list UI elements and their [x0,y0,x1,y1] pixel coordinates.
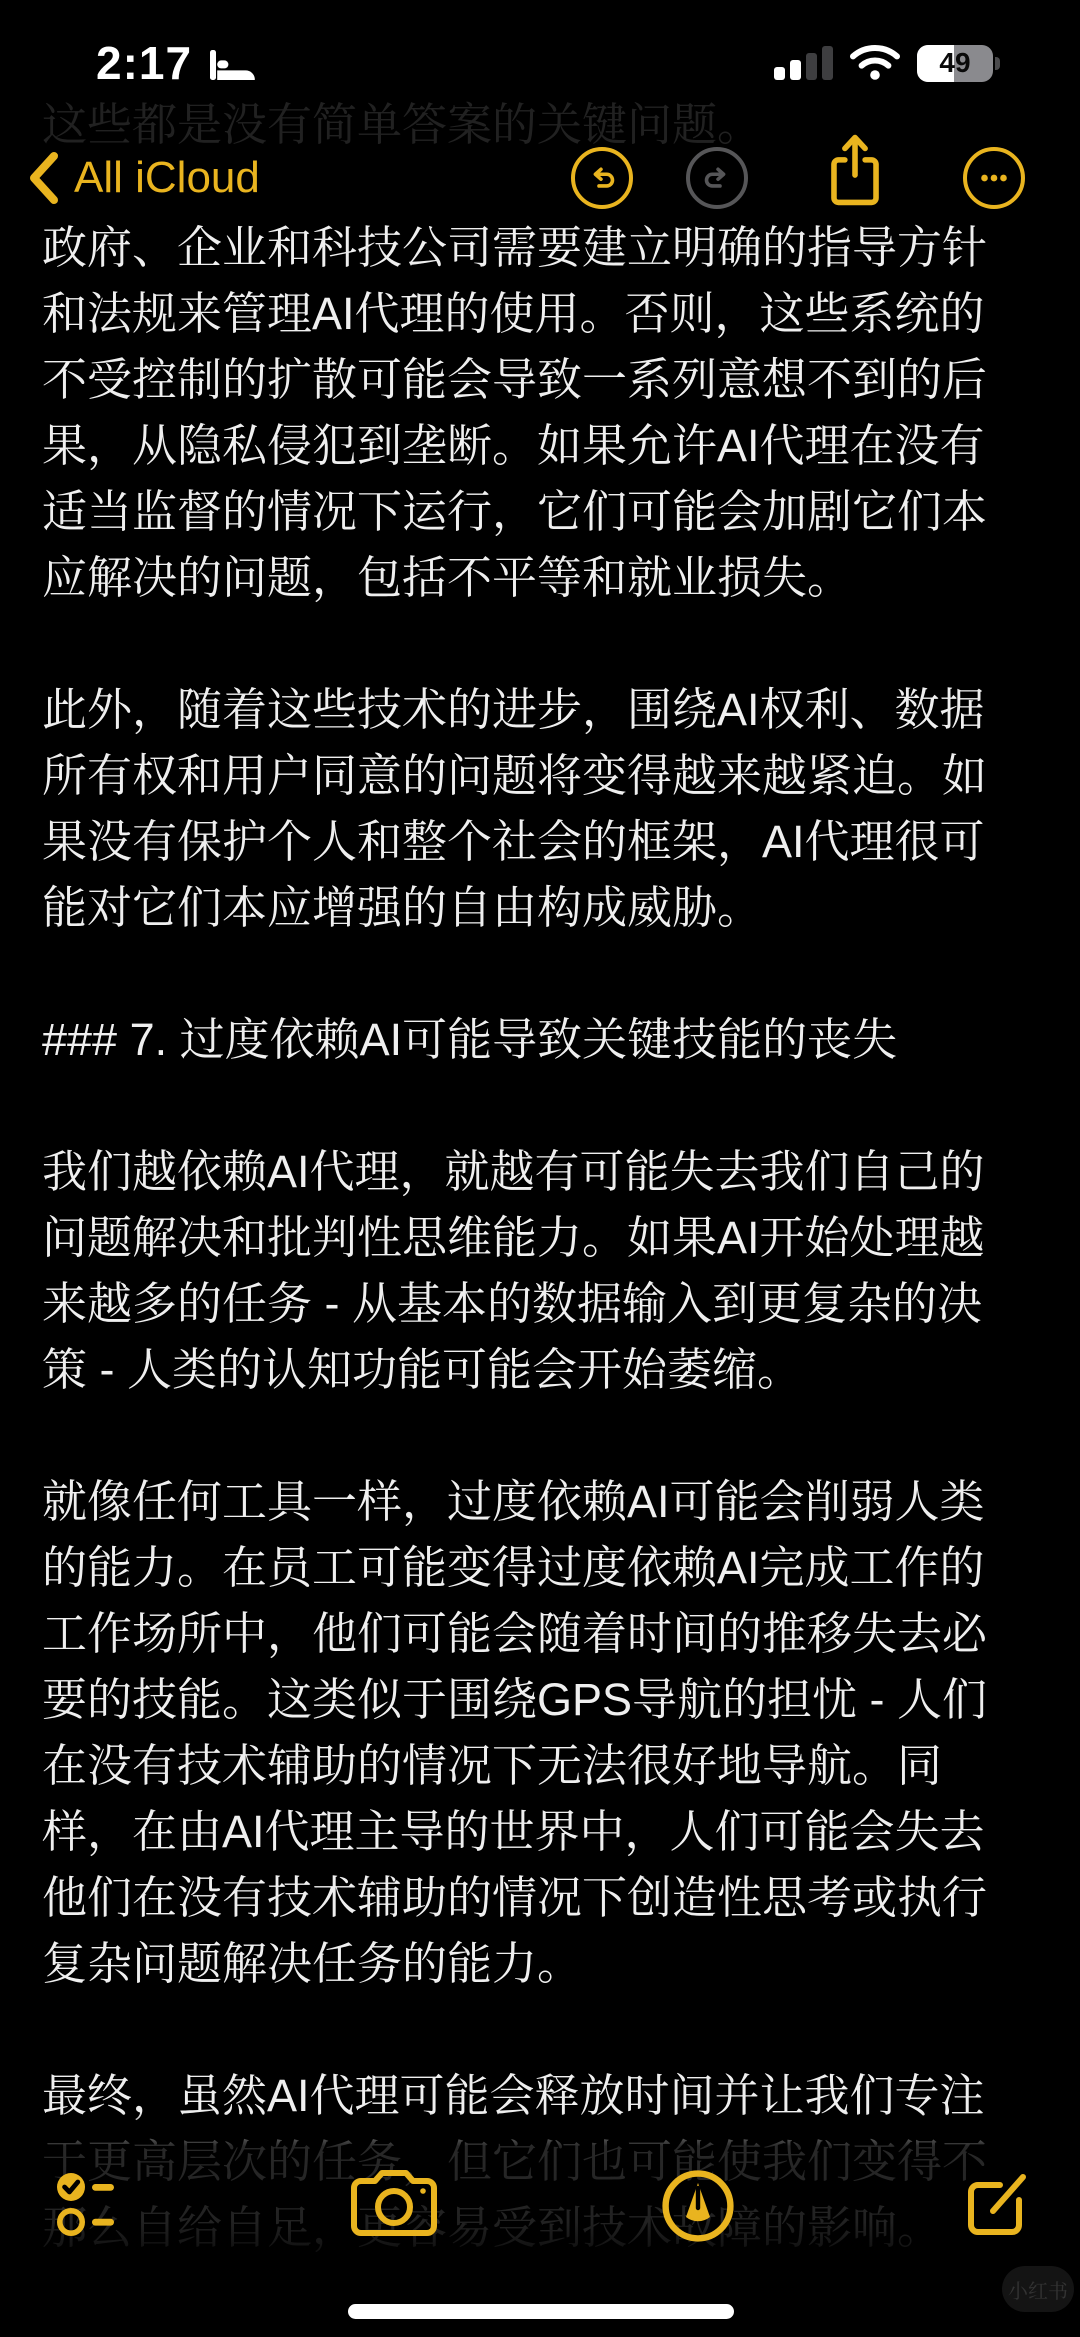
home-indicator[interactable] [348,2304,734,2319]
text-line: 策 - 人类的认知功能可能会开始萎缩。 [42,1337,1038,1403]
compose-button[interactable] [962,2168,1030,2240]
text-line: 能对它们本应增强的自由构成威胁。 [42,875,1038,941]
text-line: 就像任何工具一样，过度依赖AI可能会削弱人类 [42,1469,1038,1535]
wifi-icon [849,44,901,82]
text-line: 来越多的任务 - 从基本的数据输入到更复杂的决 [42,1271,1038,1337]
markdown-heading: ### 7. 过度依赖AI可能导致关键技能的丧失 [42,1007,1038,1073]
note-body[interactable]: 政府、企业和科技公司需要建立明确的指导方针 和法规来管理AI代理的使用。否则，这… [42,215,1038,2327]
text-line: 和法规来管理AI代理的使用。否则，这些系统的 [42,281,1038,347]
notes-app-screen: 2:17 49 [0,0,1080,2337]
text-line: 复杂问题解决任务的能力。 [42,1931,1038,1997]
text-line: 果没有保护个人和整个社会的框架，AI代理很可 [42,809,1038,875]
status-bar: 2:17 49 [0,0,1080,110]
text-line: 问题解决和批判性思维能力。如果AI开始处理越 [42,1205,1038,1271]
nav-bar: All iCloud [0,136,1080,220]
text-line: 适当监督的情况下运行，它们可能会加剧它们本 [42,479,1038,545]
heading-line: ### 7. 过度依赖AI可能导致关键技能的丧失 [42,1007,1038,1073]
checklist-button[interactable] [55,2168,127,2240]
camera-button[interactable] [348,2168,440,2240]
xiaohongshu-watermark: 小红书 [1002,2266,1074,2312]
battery-nub [995,57,1000,70]
back-button[interactable]: All iCloud [26,136,260,220]
back-chevron-icon [26,150,60,206]
paragraph: 就像任何工具一样，过度依赖AI可能会削弱人类 的能力。在员工可能变得过度依赖AI… [42,1469,1038,1997]
share-button[interactable] [823,138,887,202]
sleep-focus-bed-icon [208,48,258,82]
status-time: 2:17 [96,36,192,90]
cellular-signal-icon [774,46,833,80]
text-line: 果，从隐私侵犯到垄断。如果允许AI代理在没有 [42,413,1038,479]
undo-button[interactable] [570,146,634,210]
text-line: 不受控制的扩散可能会导致一系列意想不到的后 [42,347,1038,413]
text-line: 在没有技术辅助的情况下无法很好地导航。同 [42,1733,1038,1799]
paragraph: 政府、企业和科技公司需要建立明确的指导方针 和法规来管理AI代理的使用。否则，这… [42,215,1038,611]
text-line: 应解决的问题，包括不平等和就业损失。 [42,545,1038,611]
text-line: 政府、企业和科技公司需要建立明确的指导方针 [42,215,1038,281]
markup-pen-button[interactable] [660,2168,736,2244]
battery-percent: 49 [917,45,993,82]
more-button[interactable] [962,146,1026,210]
text-line: 工作场所中，他们可能会随着时间的推移失去必 [42,1601,1038,1667]
text-line: 我们越依赖AI代理，就越有可能失去我们自己的 [42,1139,1038,1205]
text-line: 样，在由AI代理主导的世界中，人们可能会失去 [42,1799,1038,1865]
text-line: 所有权和用户同意的问题将变得越来越紧迫。如 [42,743,1038,809]
redo-button[interactable] [685,146,749,210]
back-label: All iCloud [74,153,260,203]
paragraph: 我们越依赖AI代理，就越有可能失去我们自己的 问题解决和批判性思维能力。如果AI… [42,1139,1038,1403]
battery-indicator: 49 [917,45,1000,82]
text-line: 此外，随着这些技术的进步，围绕AI权利、数据 [42,677,1038,743]
text-line: 要的技能。这类似于围绕GPS导航的担忧 - 人们 [42,1667,1038,1733]
bottom-toolbar [0,2160,1080,2260]
text-line: 他们在没有技术辅助的情况下创造性思考或执行 [42,1865,1038,1931]
text-line: 的能力。在员工可能变得过度依赖AI完成工作的 [42,1535,1038,1601]
paragraph: 此外，随着这些技术的进步，围绕AI权利、数据 所有权和用户同意的问题将变得越来越… [42,677,1038,941]
